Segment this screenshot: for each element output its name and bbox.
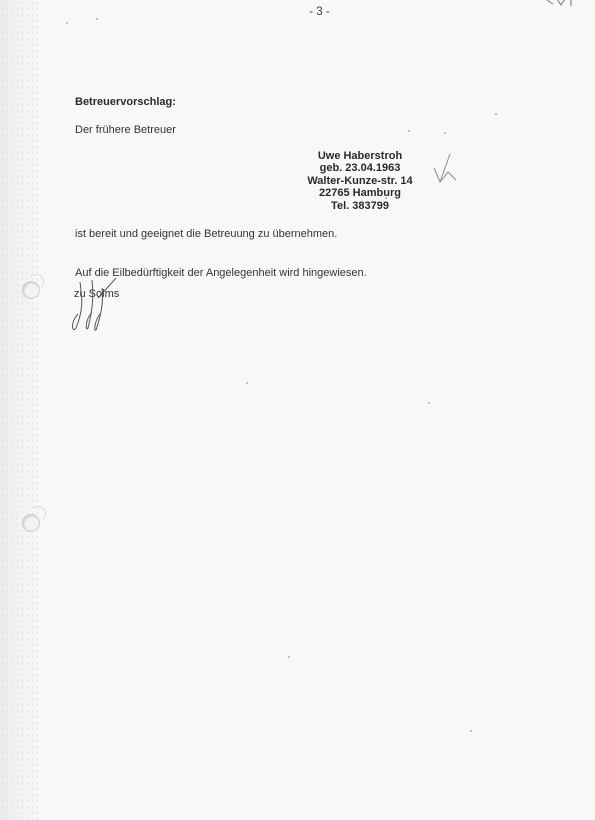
- scan-speck: [428, 402, 430, 404]
- caretaker-phone: Tel. 383799: [240, 200, 480, 212]
- scan-speck: [470, 730, 472, 732]
- intro-text: Der frühere Betreuer: [75, 124, 176, 136]
- punch-hole: [22, 514, 40, 532]
- handwritten-signature: [68, 278, 128, 334]
- statement-text: ist bereit und geeignet die Betreuung zu…: [75, 228, 337, 240]
- scan-speck: [385, 197, 387, 199]
- scan-edge-texture: [0, 0, 38, 820]
- section-heading: Betreuervorschlag:: [75, 96, 176, 108]
- scan-speck: [288, 656, 290, 658]
- scan-speck: [66, 22, 68, 24]
- scan-speck: [96, 18, 98, 20]
- page-number: - 3 -: [0, 6, 595, 18]
- punch-hole: [22, 281, 40, 299]
- scan-speck: [495, 113, 497, 115]
- scan-speck: [444, 132, 446, 134]
- scan-speck: [246, 382, 248, 384]
- scanned-page: - 3 - Betreuervorschlag: Der frühere Bet…: [0, 0, 595, 820]
- scan-speck: [408, 130, 410, 132]
- handwritten-check-mark-icon: [430, 150, 460, 190]
